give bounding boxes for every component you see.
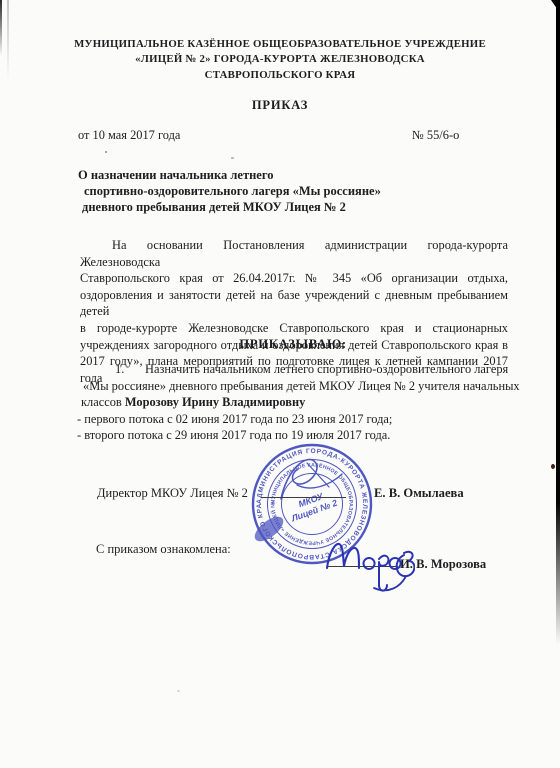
body-line: На основании Постановления администрации…: [80, 237, 508, 270]
subject-block: О назначении начальника летнего спортивн…: [78, 167, 381, 216]
order-item-1: 1.Назначить начальником летнего спортивн…: [115, 362, 508, 377]
order-item-line1: Назначить начальником летнего спортивно-…: [145, 362, 508, 376]
scan-corner-wedge: [551, 0, 560, 13]
scan-edge-right: [556, 0, 560, 645]
scan-speck: [105, 151, 107, 153]
body-line: оздоровления и занятости детей на базе у…: [80, 287, 508, 320]
document-title: ПРИКАЗ: [0, 98, 560, 113]
director-signature-line: [261, 497, 346, 498]
subject-line2: спортивно-оздоровительного лагеря «Мы ро…: [78, 183, 381, 199]
subject-line1: О назначении начальника летнего: [78, 167, 381, 183]
org-header: МУНИЦИПАЛЬНОЕ КАЗЁННОЕ ОБЩЕОБРАЗОВАТЕЛЬН…: [0, 37, 560, 83]
scan-speck: [551, 464, 555, 469]
resolution-heading: ПРИКАЗЫВАЮ:: [78, 337, 508, 352]
body-line: в городе-курорте Железноводске Ставропол…: [80, 320, 508, 337]
director-name: Е. В. Омылаева: [374, 486, 464, 501]
org-name-line2: «ЛИЦЕЙ № 2» ГОРОДА-КУРОРТА ЖЕЛЕЗНОВОДСКА: [0, 52, 560, 67]
order-item-line3: классов Морозову Ирину Владимировну: [81, 395, 305, 410]
appointee-name: Морозову Ирину Владимировну: [125, 395, 305, 409]
morozova-handwritten-signature: [320, 522, 415, 594]
director-title-label: Директор МКОУ Лицея № 2: [97, 486, 248, 501]
org-name-line1: МУНИЦИПАЛЬНОЕ КАЗЁННОЕ ОБЩЕОБРАЗОВАТЕЛЬН…: [0, 37, 560, 52]
scan-speck: [177, 690, 180, 692]
org-name-line3: СТАВРОПОЛЬСКОГО КРАЯ: [0, 68, 560, 83]
acknowledgement-label: С приказом ознакомлена:: [96, 542, 231, 557]
order-shift1-dates: - первого потока с 02 июня 2017 года по …: [77, 412, 392, 427]
document-number: № 55/6-о: [412, 128, 459, 143]
body-line: Ставропольского края от 26.04.2017г. № 3…: [80, 270, 508, 287]
scan-speck: [231, 157, 234, 159]
subject-line3: дневного пребывания детей МКОУ Лицея № 2: [78, 199, 381, 215]
scanned-order-document: МУНИЦИПАЛЬНОЕ КАЗЁННОЕ ОБЩЕОБРАЗОВАТЕЛЬН…: [0, 0, 560, 768]
document-date: от 10 мая 2017 года: [78, 128, 180, 143]
order-item-number: 1.: [115, 362, 145, 377]
order-item-line2: «Мы россияне» дневного пребывания детей …: [83, 379, 520, 394]
order-item-line3-prefix: классов: [81, 395, 125, 409]
